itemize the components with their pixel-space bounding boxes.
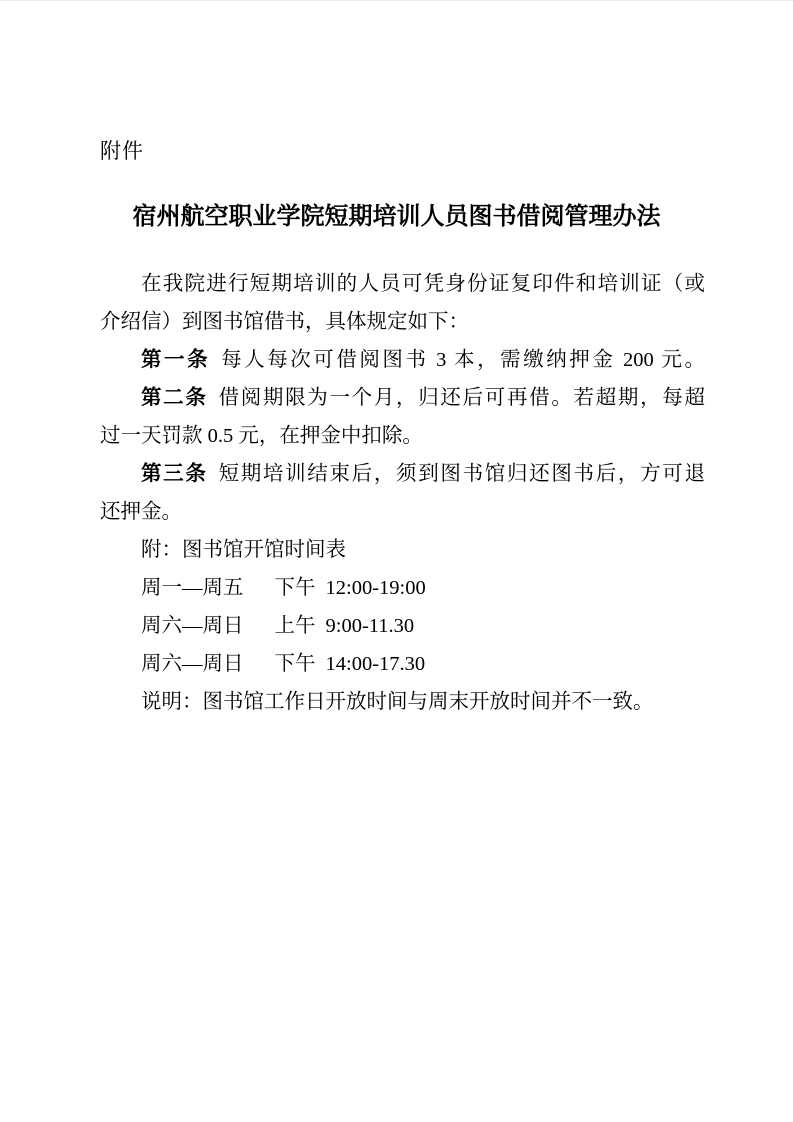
schedule-note: 说明：图书馆工作日开放时间与周末开放时间并不一致。 — [100, 683, 705, 721]
document-page: 附件 宿州航空职业学院短期培训人员图书借阅管理办法 在我院进行短期培训的人员可凭… — [0, 0, 793, 1122]
schedule-period: 上午 — [275, 615, 316, 637]
schedule-days: 周六—周日 — [141, 653, 244, 675]
article-2-line-1: 第二条借阅期限为一个月，归还后可再借。若超期，每超 — [100, 379, 705, 417]
article-3-line-2: 还押金。 — [100, 493, 705, 531]
article-2-text: 借阅期限为一个月，归还后可再借。若超期，每超 — [219, 387, 705, 409]
schedule-row-2: 周六—周日上午9:00-11.30 — [100, 607, 705, 645]
article-2-line-2: 过一天罚款 0.5 元，在押金中扣除。 — [100, 417, 705, 455]
schedule-period: 下午 — [275, 653, 316, 675]
article-1-term: 第一条 — [141, 349, 210, 371]
schedule-days: 周六—周日 — [141, 615, 244, 637]
intro-line-2: 介绍信）到图书馆借书，具体规定如下： — [100, 303, 705, 341]
schedule-time: 9:00-11.30 — [326, 615, 415, 637]
intro-line-1: 在我院进行短期培训的人员可凭身份证复印件和培训证（或 — [100, 265, 705, 303]
schedule-period: 下午 — [275, 577, 316, 599]
schedule-row-1: 周一—周五下午12:00-19:00 — [100, 569, 705, 607]
schedule-time: 14:00-17.30 — [326, 653, 426, 675]
schedule-row-3: 周六—周日下午14:00-17.30 — [100, 645, 705, 683]
article-2-term: 第二条 — [141, 387, 208, 409]
article-1-text: 每人每次可借阅图书 3 本，需缴纳押金 200 元。 — [221, 349, 705, 371]
schedule-heading: 附：图书馆开馆时间表 — [100, 531, 705, 569]
document-body: 在我院进行短期培训的人员可凭身份证复印件和培训证（或 介绍信）到图书馆借书，具体… — [100, 265, 705, 721]
schedule-time: 12:00-19:00 — [326, 577, 426, 599]
article-3-text: 短期培训结束后，须到图书馆归还图书后，方可退 — [219, 463, 705, 485]
article-3-term: 第三条 — [141, 463, 208, 485]
article-1-line-1: 第一条每人每次可借阅图书 3 本，需缴纳押金 200 元。 — [100, 341, 705, 379]
attachment-label: 附件 — [100, 138, 144, 165]
schedule-days: 周一—周五 — [141, 577, 244, 599]
article-3-line-1: 第三条短期培训结束后，须到图书馆归还图书后，方可退 — [100, 455, 705, 493]
page-title: 宿州航空职业学院短期培训人员图书借阅管理办法 — [0, 200, 793, 234]
